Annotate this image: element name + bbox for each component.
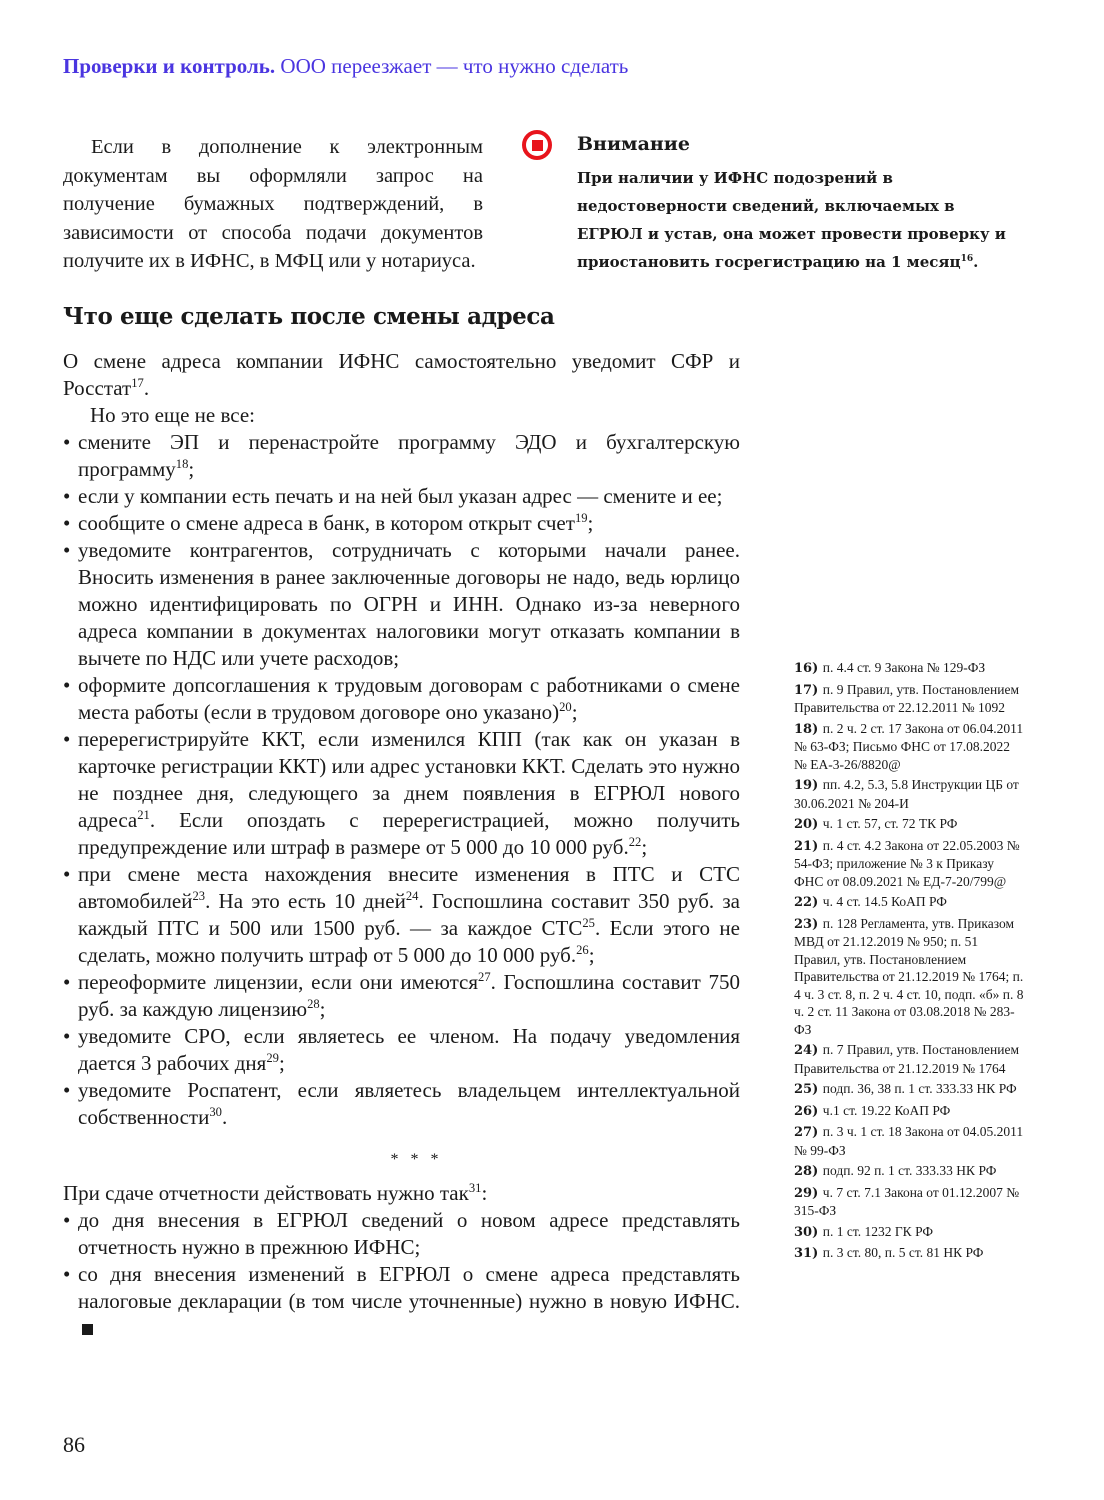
footnote-number: 22) — [794, 895, 823, 910]
running-header: Проверки и контроль. ООО переезжает — чт… — [63, 54, 628, 79]
list-item: сообщите о смене адреса в банк, в которо… — [63, 510, 740, 537]
footnote-ref[interactable]: 26 — [576, 943, 589, 957]
footnote-text: п. 1 ст. 1232 ГК РФ — [823, 1224, 933, 1239]
footnote-ref[interactable]: 29 — [266, 1051, 279, 1065]
footnote: 17) п. 9 Правил, утв. Постановлением Пра… — [794, 681, 1024, 717]
footnote-ref[interactable]: 27 — [478, 970, 491, 984]
footnote: 31) п. 3 ст. 80, п. 5 ст. 81 НК РФ — [794, 1244, 1024, 1263]
lead-end: . — [144, 376, 149, 400]
section-heading: Что еще сделать после смены адреса — [63, 303, 555, 330]
reporting-list: до дня внесения в ЕГРЮЛ сведений о новом… — [63, 1207, 740, 1342]
footnote-number: 31) — [794, 1246, 823, 1261]
footnote-text: ч. 1 ст. 57, ст. 72 ТК РФ — [823, 816, 958, 831]
footnote: 23) п. 128 Регламента, утв. Приказом МВД… — [794, 915, 1024, 1039]
reporting-lead-end: : — [481, 1181, 487, 1205]
footnote-number: 24) — [794, 1043, 823, 1058]
lead2-paragraph: Но это еще не все: — [63, 402, 740, 429]
footnote-ref[interactable]: 22 — [629, 835, 642, 849]
footnote: 16) п. 4.4 ст. 9 Закона № 129-ФЗ — [794, 659, 1024, 678]
footnote-ref[interactable]: 16 — [961, 254, 974, 264]
footnote-number: 28) — [794, 1164, 823, 1179]
footnote-number: 30) — [794, 1225, 823, 1240]
footnote: 20) ч. 1 ст. 57, ст. 72 ТК РФ — [794, 815, 1024, 834]
footnote-number: 23) — [794, 917, 823, 932]
footnote-text: пп. 4.2, 5.3, 5.8 Инструкции ЦБ от 30.06… — [794, 777, 1019, 811]
footnote-text: п. 128 Регламента, утв. Приказом МВД от … — [794, 916, 1023, 1037]
list-item: смените ЭП и перенастройте программу ЭДО… — [63, 429, 740, 483]
list-item: при смене места нахождения внесите измен… — [63, 861, 740, 969]
list-item: со дня внесения изменений в ЕГРЮЛ о смен… — [63, 1261, 740, 1342]
footnote-text: подп. 92 п. 1 ст. 333.33 НК РФ — [823, 1163, 997, 1178]
callout-body: При наличии у ИФНС подозрений в недостов… — [577, 169, 1006, 271]
footnote-number: 18) — [794, 722, 823, 737]
footnote: 22) ч. 4 ст. 14.5 КоАП РФ — [794, 893, 1024, 912]
footnote: 25) подп. 36, 38 п. 1 ст. 333.33 НК РФ — [794, 1080, 1024, 1099]
footnote: 21) п. 4 ст. 4.2 Закона от 22.05.2003 № … — [794, 837, 1024, 891]
footnote-text: ч. 4 ст. 14.5 КоАП РФ — [823, 894, 947, 909]
intro-paragraph: Если в дополнение к электронным документ… — [63, 133, 483, 276]
footnote: 30) п. 1 ст. 1232 ГК РФ — [794, 1223, 1024, 1242]
list-item: уведомите контрагентов, сотрудничать с к… — [63, 537, 740, 672]
footnote: 18) п. 2 ч. 2 ст. 17 Закона от 06.04.201… — [794, 720, 1024, 774]
footnote-ref[interactable]: 20 — [559, 700, 572, 714]
separator: * * * — [63, 1146, 740, 1173]
footnote-ref[interactable]: 24 — [406, 889, 419, 903]
footnote-number: 16) — [794, 661, 823, 676]
footnotes-column: 16) п. 4.4 ст. 9 Закона № 129-ФЗ17) п. 9… — [794, 659, 1024, 1266]
footnote-ref[interactable]: 30 — [209, 1105, 222, 1119]
page-number: 86 — [63, 1432, 85, 1458]
footnote-text: п. 3 ст. 80, п. 5 ст. 81 НК РФ — [823, 1245, 984, 1260]
reporting-lead-text: При сдаче отчетности действовать нужно т… — [63, 1181, 469, 1205]
footnote-ref[interactable]: 19 — [575, 511, 588, 525]
footnote-ref[interactable]: 18 — [176, 457, 189, 471]
footnote: 27) п. 3 ч. 1 ст. 18 Закона от 04.05.201… — [794, 1123, 1024, 1159]
footnote: 24) п. 7 Правил, утв. Постановлением Пра… — [794, 1041, 1024, 1077]
footnote-ref[interactable]: 21 — [137, 808, 150, 822]
footnote-number: 17) — [794, 683, 823, 698]
footnote-text: ч. 7 ст. 7.1 Закона от 01.12.2007 № 315-… — [794, 1185, 1019, 1219]
footnote: 29) ч. 7 ст. 7.1 Закона от 01.12.2007 № … — [794, 1184, 1024, 1220]
stop-icon — [522, 130, 552, 160]
header-section: Проверки и контроль. — [63, 54, 275, 78]
footnote-number: 25) — [794, 1082, 823, 1097]
list-item: оформите допсоглашения к трудовым догово… — [63, 672, 740, 726]
callout-end: . — [973, 253, 978, 271]
footnote-text: п. 7 Правил, утв. Постановлением Правите… — [794, 1042, 1019, 1076]
list-item: переоформите лицензии, если они имеются2… — [63, 969, 740, 1023]
footnote: 19) пп. 4.2, 5.3, 5.8 Инструкции ЦБ от 3… — [794, 776, 1024, 812]
footnote-ref[interactable]: 23 — [192, 889, 205, 903]
footnote-text: п. 4.4 ст. 9 Закона № 129-ФЗ — [823, 660, 985, 675]
footnote-text: п. 4 ст. 4.2 Закона от 22.05.2003 № 54-Ф… — [794, 838, 1020, 889]
footnote-number: 19) — [794, 778, 823, 793]
list-item: если у компании есть печать и на ней был… — [63, 483, 740, 510]
lead-text: О смене адреса компании ИФНС самостоятел… — [63, 349, 740, 400]
footnote-number: 27) — [794, 1125, 823, 1140]
footnote-ref[interactable]: 31 — [469, 1181, 482, 1195]
todo-list: смените ЭП и перенастройте программу ЭДО… — [63, 429, 740, 1131]
footnote-text: п. 2 ч. 2 ст. 17 Закона от 06.04.2011 № … — [794, 721, 1023, 772]
list-item: уведомите Роспатент, если являетесь влад… — [63, 1077, 740, 1131]
footnote: 26) ч.1 ст. 19.22 КоАП РФ — [794, 1102, 1024, 1121]
reporting-lead: При сдаче отчетности действовать нужно т… — [63, 1180, 740, 1207]
footnote-text: ч.1 ст. 19.22 КоАП РФ — [823, 1103, 951, 1118]
list-item: уведомите СРО, если являетесь ее членом.… — [63, 1023, 740, 1077]
callout-title: Внимание — [577, 133, 690, 155]
footnote-ref[interactable]: 28 — [307, 997, 320, 1011]
footnote: 28) подп. 92 п. 1 ст. 333.33 НК РФ — [794, 1162, 1024, 1181]
footnote-number: 20) — [794, 817, 823, 832]
footnote-text: п. 9 Правил, утв. Постановлением Правите… — [794, 682, 1019, 716]
end-of-article-mark — [82, 1324, 93, 1335]
footnote-number: 21) — [794, 839, 823, 854]
footnote-number: 26) — [794, 1104, 823, 1119]
footnote-ref[interactable]: 17 — [131, 376, 144, 390]
list-item: перерегистрируйте ККТ, если изменился КП… — [63, 726, 740, 861]
footnote-text: подп. 36, 38 п. 1 ст. 333.33 НК РФ — [823, 1081, 1017, 1096]
footnote-ref[interactable]: 25 — [582, 916, 595, 930]
lead-paragraph: О смене адреса компании ИФНС самостоятел… — [63, 348, 740, 402]
header-title: ООО переезжает — что нужно сделать — [280, 54, 628, 78]
callout-text: При наличии у ИФНС подозрений в недостов… — [577, 164, 1017, 276]
list-item: до дня внесения в ЕГРЮЛ сведений о новом… — [63, 1207, 740, 1261]
footnote-number: 29) — [794, 1186, 823, 1201]
main-text: О смене адреса компании ИФНС самостоятел… — [63, 348, 740, 1342]
footnote-text: п. 3 ч. 1 ст. 18 Закона от 04.05.2011 № … — [794, 1124, 1023, 1158]
